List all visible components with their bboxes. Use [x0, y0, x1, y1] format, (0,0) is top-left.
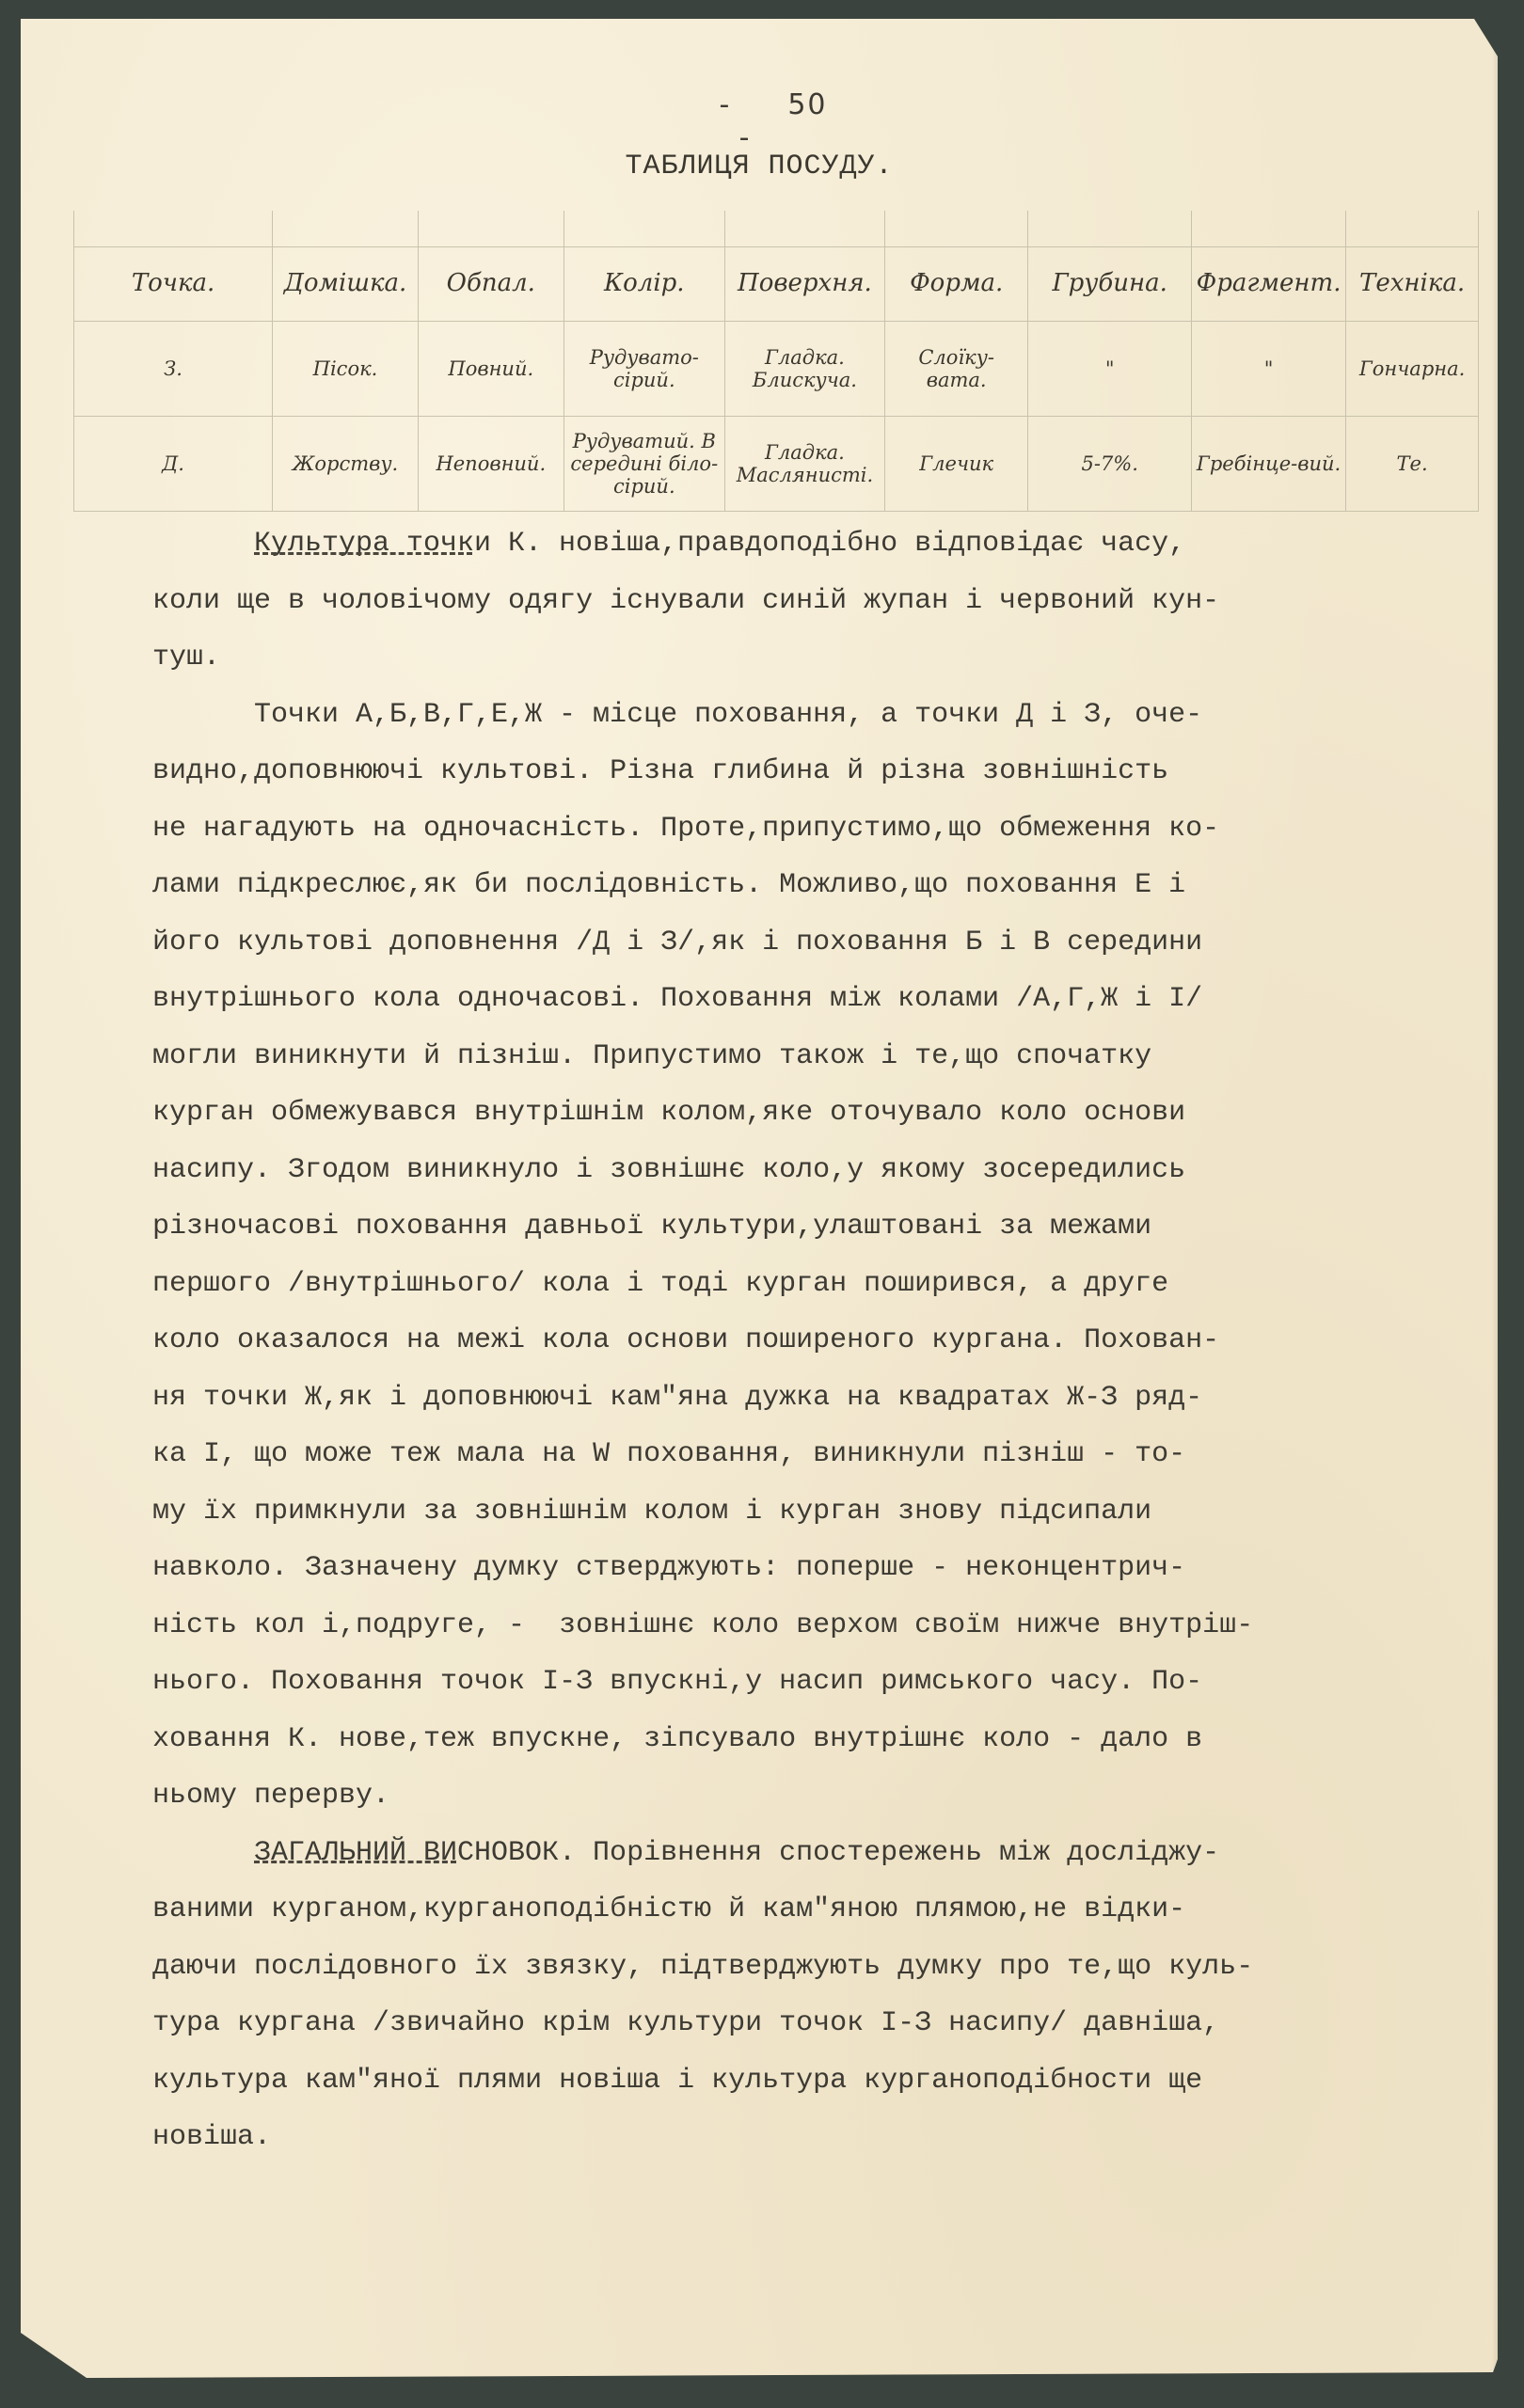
cell-thickness: " [1028, 322, 1192, 417]
header-point: Точка. [74, 247, 273, 322]
paragraph-general-conclusion: ЗАГАЛЬНИЙ ВИСНОВОК. Порівнення спостереж… [152, 1825, 1488, 2166]
text-line: ЗАГАЛЬНИЙ ВИСНОВОК. Порівнення спостереж… [152, 1825, 1488, 1882]
cell-admixture: Пісок. [273, 322, 419, 417]
paragraph-burial-points: Точки А,Б,В,Г,Е,Ж - місце поховання, а т… [152, 687, 1488, 1825]
text-line: туш. [152, 629, 1488, 687]
cell-thickness: 5-7%. [1028, 417, 1192, 512]
cell-color: Рудувато-сірий. [564, 322, 724, 417]
header-shape: Форма. [884, 247, 1027, 322]
header-firing: Обпал. [418, 247, 564, 322]
text-line: різночасові поховання давньої культури,у… [152, 1198, 1488, 1256]
header-thickness: Грубина. [1028, 247, 1192, 322]
cell-technique: Гончарна. [1346, 322, 1479, 417]
page-number-value: 50 [787, 88, 827, 121]
text-line: ховання К. нове,теж впускне, зіпсувало в… [152, 1711, 1488, 1768]
text-line: нього. Поховання точок І-З впускні,у нас… [152, 1654, 1488, 1711]
text-line: ваними курганом,курганоподібністю й кам"… [152, 1881, 1488, 1939]
text-line: внутрішнього кола одночасові. Поховання … [152, 971, 1488, 1028]
vessel-table: Точка. Домішка. Обпал. Колір. Поверхня. … [73, 211, 1479, 512]
cell-shape: Глечик [884, 417, 1027, 512]
text-line: Культура точки К. новіша,правдоподібно в… [152, 515, 1488, 573]
header-color: Колір. [564, 247, 724, 322]
text-line: не нагадують на одночасність. Проте,прип… [152, 800, 1488, 858]
text-line: коли ще в чоловічому одягу існували сині… [152, 573, 1488, 630]
body-text: Культура точки К. новіша,правдоподібно в… [152, 515, 1488, 2166]
paragraph-culture-point-k: Культура точки К. новіша,правдоподібно в… [152, 515, 1488, 687]
text-line: ня точки Ж,як і доповнюючі кам"яна дужка… [152, 1370, 1488, 1427]
page-number-dash-right: - [739, 121, 752, 154]
page-number-dash-left: - [719, 88, 731, 121]
cell-point: Д. [74, 417, 273, 512]
cell-shape: Слоїку-вата. [884, 322, 1027, 417]
text-line: насипу. Згодом виникнуло і зовнішнє коло… [152, 1142, 1488, 1199]
text-line: тура кургана /звичайно крім культури точ… [152, 1995, 1488, 2052]
cell-firing: Повний. [418, 322, 564, 417]
header-surface: Поверхня. [724, 247, 884, 322]
cell-fragment: Гребінце-вий. [1191, 417, 1345, 512]
header-fragment: Фрагмент. [1191, 247, 1345, 322]
cell-admixture: Жорству. [273, 417, 419, 512]
text-line: видно,доповнюючі культові. Різна глибина… [152, 743, 1488, 800]
text-line: культура кам"яної плями новіша і культур… [152, 2052, 1488, 2110]
text-line: даючи послідовного їх звязку, підтверджу… [152, 1939, 1488, 1996]
cell-point: З. [74, 322, 273, 417]
text-line: Точки А,Б,В,Г,Е,Ж - місце поховання, а т… [152, 687, 1488, 744]
page-number: -50- [623, 88, 867, 154]
table-row: Д. Жорству. Неповний. Рудуватий. В серед… [74, 417, 1479, 512]
cell-fragment: " [1191, 322, 1345, 417]
cell-surface: Гладка. Маслянисті. [724, 417, 884, 512]
header-technique: Техніка. [1346, 247, 1479, 322]
text-line: його культові доповнення /Д і З/,як і по… [152, 914, 1488, 972]
table-header-row: Точка. Домішка. Обпал. Колір. Поверхня. … [74, 247, 1479, 322]
table-spacer-row [74, 211, 1479, 247]
cell-surface: Гладка. Блискуча. [724, 322, 884, 417]
table-row: З. Пісок. Повний. Рудувато-сірий. Гладка… [74, 322, 1479, 417]
cell-color: Рудуватий. В середині біло-сірий. [564, 417, 724, 512]
text-line: курган обмежувався внутрішнім колом,яке … [152, 1085, 1488, 1142]
header-admixture: Домішка. [273, 247, 419, 322]
text-line: ність кол і,подруге, - зовнішнє коло вер… [152, 1597, 1488, 1655]
page-edge-shadow [1492, 19, 1498, 2378]
text-line: навколо. Зазначену думку стверджують: по… [152, 1540, 1488, 1597]
text-line: першого /внутрішнього/ кола і тоді курга… [152, 1256, 1488, 1313]
text-line: лами підкреслює,як би послідовність. Мож… [152, 857, 1488, 914]
page-title: ТАБЛИЦЯ ПОСУДУ. [21, 150, 1498, 182]
text-line: новіша. [152, 2109, 1488, 2166]
text-line: ньому перерву. [152, 1767, 1488, 1825]
text-line: коло оказалося на межі кола основи пошир… [152, 1312, 1488, 1370]
cell-firing: Неповний. [418, 417, 564, 512]
text-line: могли виникнути й пізніш. Припустимо так… [152, 1028, 1488, 1085]
text-line: му їх примкнули за зовнішнім колом і кур… [152, 1483, 1488, 1541]
cell-technique: Те. [1346, 417, 1479, 512]
text-line: ка І, що може теж мала на W поховання, в… [152, 1426, 1488, 1483]
document-page: -50- ТАБЛИЦЯ ПОСУДУ. Точка. Домішка. Обп… [21, 19, 1498, 2378]
